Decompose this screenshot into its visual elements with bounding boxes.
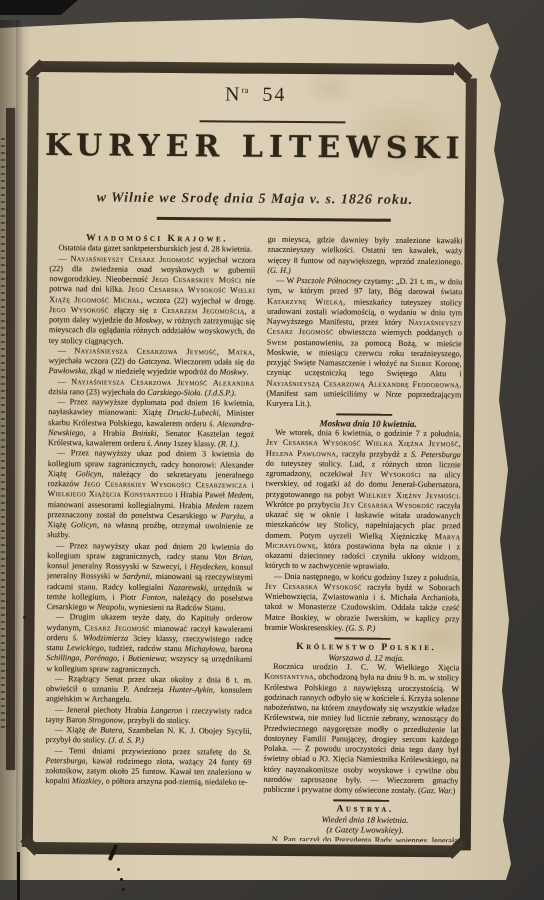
section-divider <box>336 414 392 416</box>
printed-frame-top <box>40 61 454 75</box>
news-paragraph: — Przez naywyższe dyplomata pod dniem 16… <box>48 397 254 450</box>
news-paragraph: — W Pszczole Północney czytamy: „D. 21 t… <box>266 276 462 411</box>
news-paragraph: — Przez naywyższy ukaz pod dniem 20 kwie… <box>47 541 254 614</box>
section-divider <box>334 637 390 639</box>
news-paragraph: — Rządzący Senat przez ukaz okolny z dni… <box>46 674 252 706</box>
issue-number-line: Nra54 <box>50 82 462 108</box>
news-paragraph: — Nayjaśnieysza Cesarzowa Jeymość, Matka… <box>49 346 255 378</box>
masthead-dateline: w Wilnie we Srodę dnia 5 Maja v. s. 1826… <box>49 190 461 209</box>
issue-superscript: ra <box>241 85 248 95</box>
scan-background: Nra54 KURYER LITEWSKI w Wilnie we Srodę … <box>0 0 544 900</box>
news-paragraph: — Xiążę de Butera, Szambelan N. K. J. Ob… <box>46 725 252 747</box>
printed-frame-left <box>22 77 39 847</box>
newspaper-title: KURYER LITEWSKI <box>43 128 467 166</box>
news-paragraph: — Temi dniami przywieziono przez sztafet… <box>45 746 251 789</box>
section-divider <box>333 800 389 802</box>
ink-dot <box>23 616 26 619</box>
news-paragraph: — Dnia następnego, w końcu godziny 1szey… <box>265 571 460 634</box>
right-column: go mieysca, gdzie dawniey były znalezion… <box>263 235 463 843</box>
issue-prefix: N <box>225 83 242 105</box>
news-paragraph: — Drugim ukazem teyże daty, do Kapituły … <box>46 612 252 675</box>
news-paragraph: — Nayjaśnieyszy Cesarz Jegomość wyjechał… <box>49 254 256 348</box>
printed-frame-right <box>460 78 477 850</box>
news-paragraph: — Przez naywyższy ukaz pod dniem 3 kwiet… <box>47 448 254 542</box>
ink-dot <box>120 878 123 881</box>
ink-dot <box>122 888 125 891</box>
news-paragraph: Rocznica urodzin J. C. W. Wielkiego Xięc… <box>263 662 459 797</box>
issue-number: 54 <box>262 84 286 106</box>
masthead-rule-bottom <box>157 217 391 222</box>
news-paragraph: go mieysca, gdzie dawniey były znalezion… <box>267 235 462 278</box>
masthead-rule-top <box>200 120 346 123</box>
printed-frame-bottom <box>34 842 451 857</box>
ink-dot <box>117 868 120 871</box>
news-paragraph: N. Pan raczył do Prezydenta Rady wojenne… <box>263 834 458 842</box>
printed-page-content: Nra54 KURYER LITEWSKI w Wilnie we Srodę … <box>0 0 544 900</box>
news-paragraph: We wtorek, dnia 6 kwietnia, o godzinie 7… <box>265 428 461 573</box>
news-paragraph: — Nayjaśnieysza Cesarzowa Jeymość Alexan… <box>48 377 254 399</box>
news-paragraph: — Jenerał piechoty Hrabia Langeron i rze… <box>46 705 252 727</box>
left-column: Wiadomości Krajowe. Ostatnia data gazet … <box>45 233 256 841</box>
